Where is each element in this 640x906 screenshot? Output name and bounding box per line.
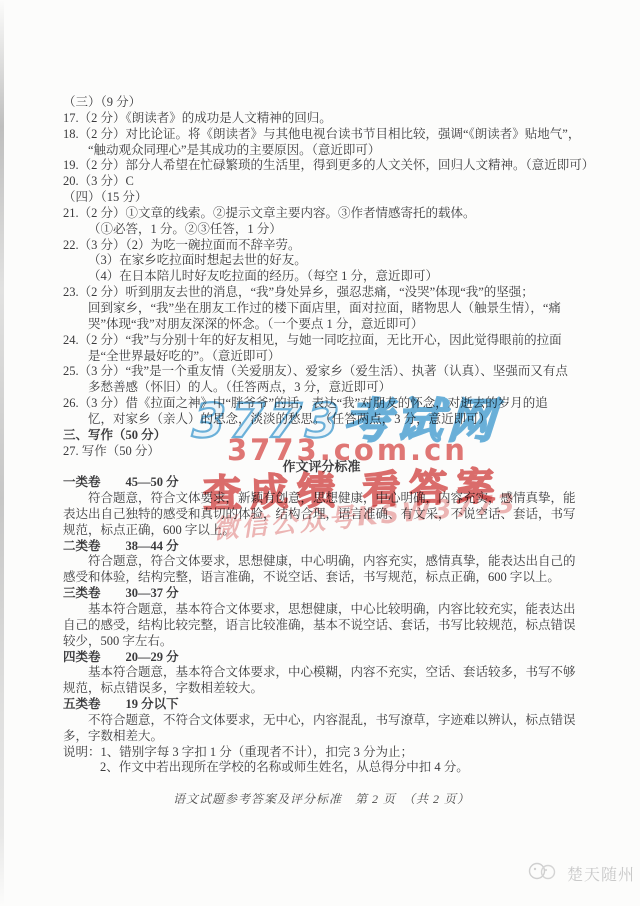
text-line: 24.（2 分）“我”与分别十年的好友相见，与她一同吃拉面，无比开心，因此觉得眼… [63, 333, 580, 349]
text-line: 27. 写作（50 分） [63, 444, 580, 460]
text-line: 表达出自己独特的感受和真切的体验，结构合理，语言准确、有文采，不说空话、套话，书… [63, 507, 580, 523]
text-line: 较少，500 字左右。 [63, 634, 580, 650]
page-footer: 语文试题参考答案及评分标准 第 2 页 （共 2 页） [63, 790, 580, 807]
text-line: 感受和体验，结构完整，语言准确，不说空话、套话，书写规范，标点正确，600 字以… [63, 570, 580, 586]
text-line: 基本符合题意，基本符合文体要求，思想健康，中心比较明确，内容比较充实，能表达出 [63, 602, 580, 618]
text-line: 22.（3 分）（2）为吃一碗拉面而不辞辛劳。 [63, 238, 580, 254]
text-line: 回到家乡，“我”坐在朋友工作过的楼下面店里，面对拉面，睹物思人（触景生情），“痛 [63, 301, 580, 317]
text-line: 作文评分标准 [63, 459, 580, 475]
text-line: （四）（15 分） [63, 190, 580, 206]
publisher-mark: 楚天随州 [528, 860, 635, 887]
text-line: 25.（3 分）“我”是一个重友情（关爱朋友）、爱家乡（爱生活）、执著（认真）、… [63, 364, 580, 380]
text-line: 不符合题意，不符合文体要求，无中心，内容混乱，书写潦草，字迹难以辨认，标点错误 [63, 713, 580, 729]
text-line: 基本符合题意，基本符合文体要求，中心模糊，内容不充实，空话、套话较多，书写不够 [63, 665, 580, 681]
text-line: （4）在日本陪儿时好友吃拉面的经历。（每空 1 分，意近即可） [63, 269, 580, 285]
text-line: 符合题意，符合文体要求，思想健康，中心明确，内容充实，感情真挚，能表达出自己的 [63, 554, 580, 570]
text-line: 多，字数相差大。 [63, 729, 580, 745]
text-line: 23.（2 分）听到朋友去世的消息，“我”身处异乡，强忍悲痛，“没哭”体现“我”… [63, 285, 580, 301]
text-line: 20.（3 分）C [63, 174, 580, 190]
text-line: （三）（9 分） [63, 95, 580, 111]
text-line: （①必答，1 分。②③任答，1 分） [63, 222, 580, 238]
text-line: 规范，标点错误多，字数相差较大。 [63, 681, 580, 697]
document-lines: （三）（9 分）17.（2 分）《朗读者》的成功是人文精神的回归。18.（2 分… [63, 95, 580, 776]
text-line: 17.（2 分）《朗读者》的成功是人文精神的回归。 [63, 111, 580, 127]
scan-edge-shadow [0, 0, 4, 906]
text-line: 是“全世界最好吃的”。（意近即可） [63, 349, 580, 365]
text-line: 多愁善感（怀旧）的人。（任答两点，3 分，意近即可） [63, 380, 580, 396]
text-line: 自己的感受，结构比较完整，语言比较准确，基本不说空话、套话，书写比较规范，标点错… [63, 618, 580, 634]
text-line: 2、作文中若出现所在学校的名称或师生姓名，从总得分中扣 4 分。 [63, 760, 580, 776]
text-line: 三类卷 30—37 分 [63, 586, 580, 602]
text-line: 规范，标点正确，600 字以上。 [63, 523, 580, 539]
text-line: 说明：1、错别字每 3 字扣 1 分（重现者不计），扣完 3 分为止； [63, 745, 580, 761]
text-line: 18.（2 分）对比论证。将《朗读者》与其他电视台读书节目相比较，强调“《朗读者… [63, 127, 580, 143]
text-line: 二类卷 38—44 分 [63, 539, 580, 555]
text-line: 21.（2 分）①文章的线索。②提示文章主要内容。③作者情感寄托的载体。 [63, 206, 580, 222]
scanned-answer-sheet-page: （三）（9 分）17.（2 分）《朗读者》的成功是人文精神的回归。18.（2 分… [0, 0, 640, 906]
text-line: 一类卷 45—50 分 [63, 475, 580, 491]
text-line: （3）在家乡吃拉面时想起去世的好友。 [63, 253, 580, 269]
text-line: 26.（3 分）借《拉面之神》中“胖爷爷”的话，表达“我”对朋友的怀念，对逝去的… [63, 396, 580, 412]
text-line: “触动观众同理心”是其成功的主要原因。（意近即可） [63, 143, 580, 159]
text-line: 哭”体现“我”对朋友深深的怀念。（一个要点 1 分，意近即可） [63, 317, 580, 333]
text-line: 三、写作（50 分） [63, 428, 580, 444]
text-line: 符合题意，符合文体要求，新颖有创意，思想健康，中心明确，内容充实，感情真挚，能 [63, 491, 580, 507]
publisher-logo-icon [528, 860, 562, 887]
publisher-name: 楚天随州 [567, 862, 635, 885]
text-line: 五类卷 19 分以下 [63, 697, 580, 713]
text-line: 四类卷 20—29 分 [63, 650, 580, 666]
text-line: 19.（2 分）部分人希望在忙碌繁琐的生活里，得到更多的人文关怀，回归人文精神。… [63, 158, 580, 174]
text-line: 忆，对家乡（亲人）的思念，淡淡的愁思。（任答两点，3 分，意近即可） [63, 412, 580, 428]
